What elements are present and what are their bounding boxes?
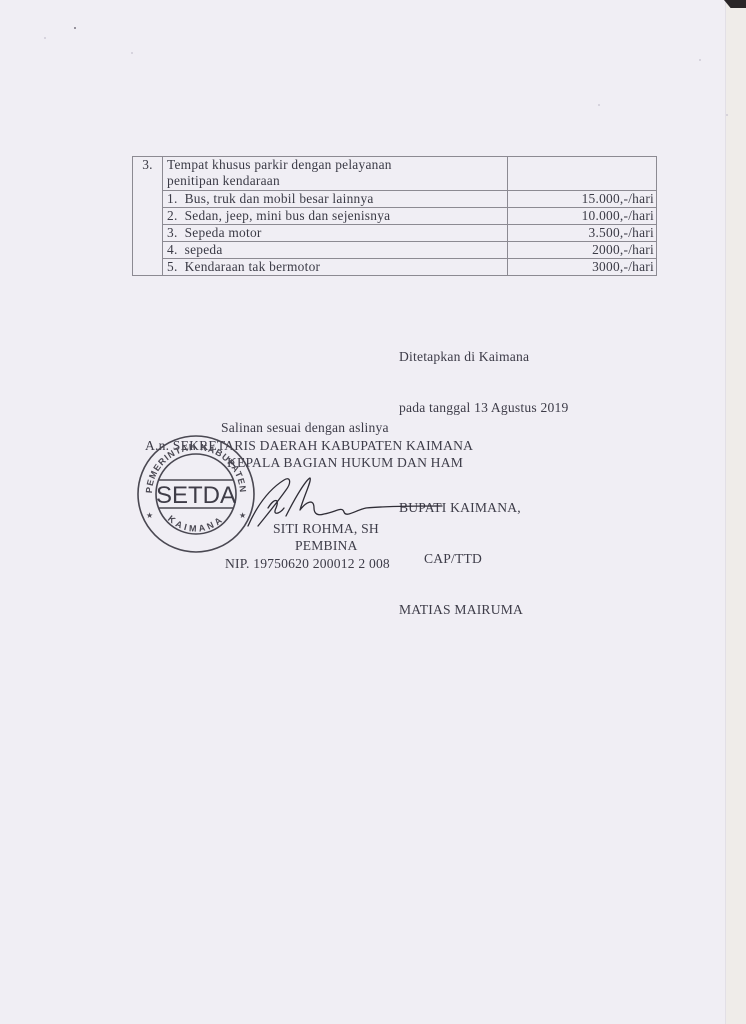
decision-place: Ditetapkan di Kaimana (399, 348, 568, 365)
row-index: 1. (167, 191, 181, 207)
table-row: 3. Tempat khusus parkir dengan pelayanan… (133, 157, 657, 191)
table-row: 5. Kendaraan tak bermotor 3000,-/hari (133, 259, 657, 276)
row-index: 5. (167, 259, 181, 275)
table-row: 3. Sepeda motor 3.500,-/hari (133, 225, 657, 242)
row-label: Sepeda motor (185, 225, 262, 240)
table-row: 1. Bus, truk dan mobil besar lainnya 15.… (133, 191, 657, 208)
parking-tariff-table: 3. Tempat khusus parkir dengan pelayanan… (132, 156, 657, 276)
item-number: 3. (133, 157, 163, 276)
tariff-price: 15.000,-/hari (508, 191, 657, 208)
tariff-price: 10.000,-/hari (508, 208, 657, 225)
vehicle-type: 5. Kendaraan tak bermotor (163, 259, 508, 276)
vehicle-type: 4. sepeda (163, 242, 508, 259)
signer-rank: PEMBINA (295, 537, 358, 554)
price-cell-empty (508, 157, 657, 191)
row-label: Sedan, jeep, mini bus dan sejenisnya (185, 208, 391, 223)
table-row: 2. Sedan, jeep, mini bus dan sejenisnya … (133, 208, 657, 225)
scan-speck (726, 114, 728, 116)
official-stamp: PEMERINTAH KABUPATEN KAIMANA SETDA ★ ★ (136, 428, 256, 558)
vehicle-type: 3. Sepeda motor (163, 225, 508, 242)
svg-text:KAIMANA: KAIMANA (166, 513, 226, 533)
table-row: 4. sepeda 2000,-/hari (133, 242, 657, 259)
decision-date: pada tanggal 13 Agustus 2019 (399, 399, 568, 416)
row-label: Kendaraan tak bermotor (185, 259, 321, 274)
stamp-bottom-text: KAIMANA (166, 513, 226, 533)
row-label: Bus, truk dan mobil besar lainnya (185, 191, 374, 206)
tariff-price: 3000,-/hari (508, 259, 657, 276)
scan-speck (598, 104, 600, 106)
official-name: MATIAS MAIRUMA (399, 601, 568, 618)
item-title: Tempat khusus parkir dengan pelayananpen… (163, 157, 508, 191)
scan-speck (44, 37, 46, 39)
item-title-line: penitipan kendaraan (167, 173, 280, 188)
seal-note: CAP/TTD (399, 550, 568, 567)
row-index: 2. (167, 208, 181, 224)
tariff-price: 3.500,-/hari (508, 225, 657, 242)
scan-speck (74, 27, 76, 29)
row-index: 4. (167, 242, 181, 258)
row-index: 3. (167, 225, 181, 241)
handwritten-signature (246, 468, 446, 538)
vehicle-type: 1. Bus, truk dan mobil besar lainnya (163, 191, 508, 208)
vehicle-type: 2. Sedan, jeep, mini bus dan sejenisnya (163, 208, 508, 225)
scan-edge (725, 0, 746, 1024)
stamp-center-text: SETDA (156, 482, 236, 509)
item-title-line: Tempat khusus parkir dengan pelayanan (167, 157, 392, 172)
scan-speck (131, 52, 133, 54)
tariff-price: 2000,-/hari (508, 242, 657, 259)
row-label: sepeda (185, 242, 223, 257)
stamp-star-icon: ★ (146, 511, 153, 520)
scan-speck (699, 59, 701, 61)
